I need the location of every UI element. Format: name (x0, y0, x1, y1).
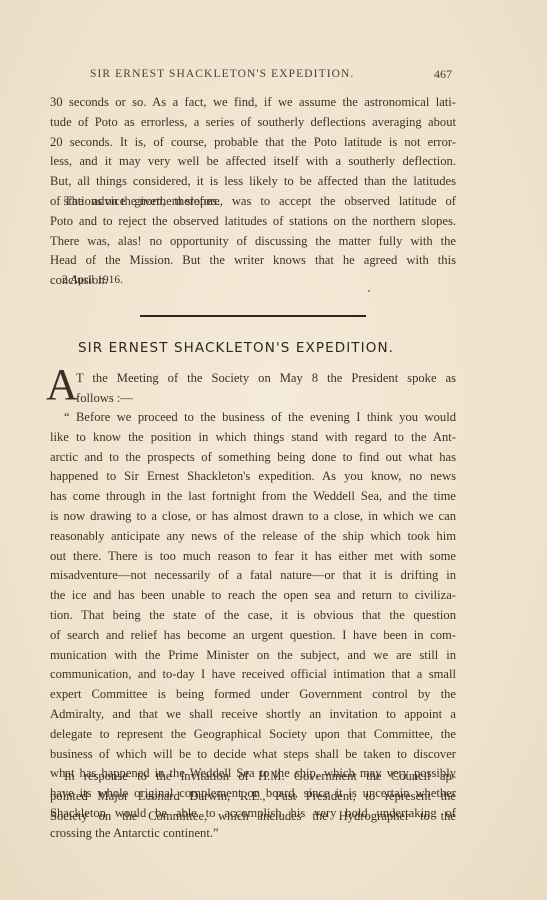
article-intro: A T the Meeting of the Society on May 8 … (50, 369, 456, 409)
article-date: 2 April 1916. (62, 274, 123, 286)
paper-speck (368, 290, 370, 292)
council-response-paragraph: In response to the invitation of H.M. Go… (50, 767, 456, 826)
drop-cap: A (46, 363, 78, 407)
section-divider-rule (140, 315, 366, 317)
running-head-title: SIR ERNEST SHACKLETON'S EXPEDITION. (90, 68, 354, 80)
article-title: SIR ERNEST SHACKLETON'S EXPEDITION. (78, 340, 458, 356)
page-number: 467 (434, 67, 452, 82)
